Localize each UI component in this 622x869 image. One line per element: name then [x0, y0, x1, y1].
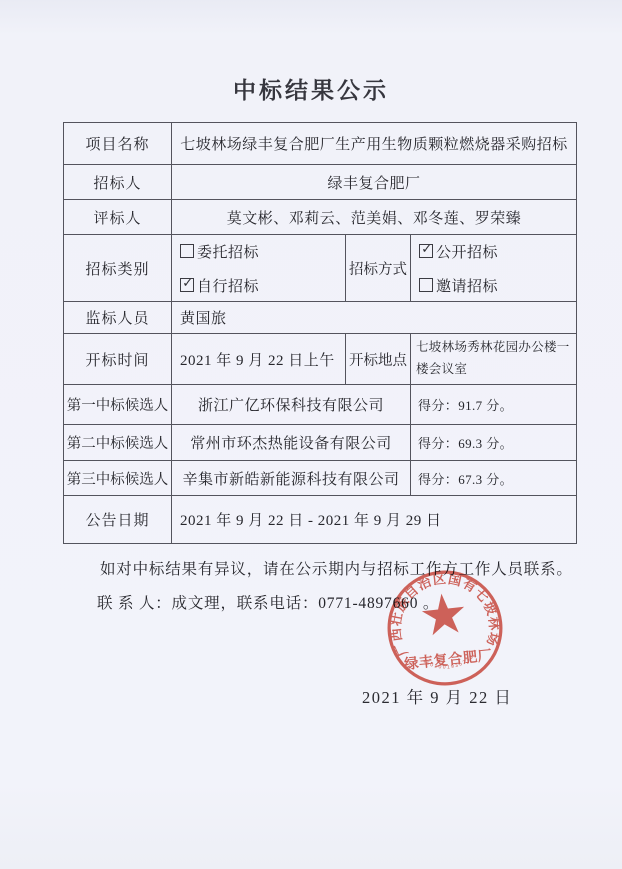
page-title: 中标结果公示	[0, 72, 622, 105]
candidate-1-company: 浙江广亿环保科技有限公司	[171, 385, 410, 424]
table-row-candidate-1: 第一中标候选人 浙江广亿环保科技有限公司 得分：91.7 分。	[64, 384, 576, 424]
bid-category-label: 招标类别	[64, 235, 171, 301]
table-row-opening: 开标时间 2021 年 9 月 22 日上午 开标地点 七坡林场秀林花园办公楼一…	[64, 333, 576, 384]
option-label: 邀请招标	[436, 275, 498, 296]
supervisor-value: 黄国旅	[171, 302, 576, 333]
checkbox-unchecked-icon	[180, 244, 194, 258]
option-self-bidding: ✓ 自行招标	[180, 275, 259, 296]
option-open-bidding: ✓ 公开招标	[419, 241, 498, 262]
signature-date: 2021 年 9 月 22 日	[362, 684, 512, 708]
bid-method-label: 招标方式	[345, 235, 410, 301]
official-seal: 广西壮族自治区国有七坡林场 绿丰复合肥厂 4501001935232	[372, 555, 517, 700]
results-table: 项目名称 七坡林场绿丰复合肥厂生产用生物质颗粒燃烧器采购招标 招标人 绿丰复合肥…	[63, 122, 577, 544]
table-row-candidate-2: 第二中标候选人 常州市环杰热能设备有限公司 得分：69.3 分。	[64, 424, 576, 460]
evaluators-value: 莫文彬、邓莉云、范美娟、邓冬莲、罗荣臻	[171, 200, 576, 234]
evaluators-label: 评标人	[64, 200, 171, 234]
candidate-3-company: 辛集市新皓新能源科技有限公司	[171, 461, 410, 495]
checkbox-unchecked-icon	[419, 278, 433, 292]
opening-time-value: 2021 年 9 月 22 日上午	[171, 334, 345, 384]
table-row-category-method: 招标类别 委托招标 ✓ 自行招标 招标方式 ✓ 公开招标 邀请招标	[64, 234, 576, 301]
candidate-1-label: 第一中标候选人	[64, 385, 171, 424]
checkbox-checked-icon: ✓	[180, 278, 194, 292]
option-label: 自行招标	[197, 275, 259, 296]
candidate-3-score: 得分：67.3 分。	[410, 461, 576, 495]
opening-place-label: 开标地点	[345, 334, 410, 384]
option-invited-bidding: 邀请招标	[419, 275, 498, 296]
option-label: 公开招标	[436, 241, 498, 262]
tenderer-value: 绿丰复合肥厂	[171, 165, 576, 199]
table-row-tenderer: 招标人 绿丰复合肥厂	[64, 164, 576, 199]
candidate-2-company: 常州市环杰热能设备有限公司	[171, 425, 410, 460]
table-row-candidate-3: 第三中标候选人 辛集市新皓新能源科技有限公司 得分：67.3 分。	[64, 460, 576, 495]
candidate-1-score: 得分：91.7 分。	[410, 385, 576, 424]
bid-method-options: ✓ 公开招标 邀请招标	[410, 235, 576, 301]
announcement-date-value: 2021 年 9 月 22 日 - 2021 年 9 月 29 日	[171, 496, 576, 543]
checkbox-checked-icon: ✓	[419, 244, 433, 258]
candidate-3-label: 第三中标候选人	[64, 461, 171, 495]
candidate-2-score: 得分：69.3 分。	[410, 425, 576, 460]
bid-category-options: 委托招标 ✓ 自行招标	[171, 235, 345, 301]
option-entrusted-bidding: 委托招标	[180, 241, 259, 262]
project-name-label: 项目名称	[64, 123, 171, 164]
tenderer-label: 招标人	[64, 165, 171, 199]
candidate-2-label: 第二中标候选人	[64, 425, 171, 460]
table-row-project: 项目名称 七坡林场绿丰复合肥厂生产用生物质颗粒燃烧器采购招标	[64, 123, 576, 164]
table-row-supervisor: 监标人员 黄国旅	[64, 301, 576, 333]
opening-time-label: 开标时间	[64, 334, 171, 384]
table-row-announcement: 公告日期 2021 年 9 月 22 日 - 2021 年 9 月 29 日	[64, 495, 576, 543]
supervisor-label: 监标人员	[64, 302, 171, 333]
announcement-date-label: 公告日期	[64, 496, 171, 543]
star-icon	[420, 591, 466, 636]
project-name-value: 七坡林场绿丰复合肥厂生产用生物质颗粒燃烧器采购招标	[171, 123, 576, 164]
option-label: 委托招标	[197, 241, 259, 262]
table-row-evaluators: 评标人 莫文彬、邓莉云、范美娟、邓冬莲、罗荣臻	[64, 199, 576, 234]
opening-place-value: 七坡林场秀林花园办公楼一楼会议室	[410, 334, 576, 384]
